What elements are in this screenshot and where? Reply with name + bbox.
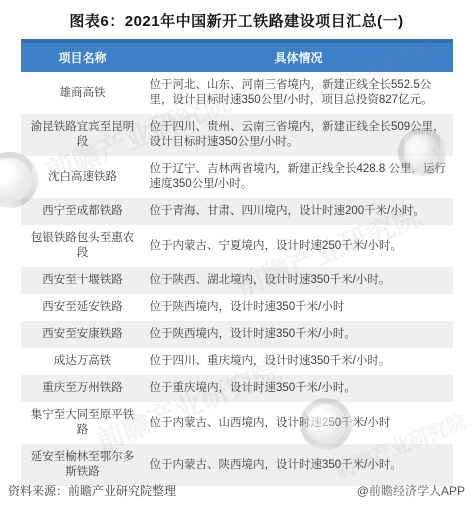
table-row: 西安至安康铁路 位于陕西境内，设计时速350千米/小时。: [21, 321, 453, 348]
project-name-cell: 延安至榆林至鄂尔多斯铁路: [21, 444, 145, 486]
column-header-details: 具体情况: [145, 41, 453, 72]
table-body: 雄商高铁 位于河北、山东、河南三省境内，新建正线全长552.5公里，设计目标时速…: [21, 72, 453, 486]
credit-note: @前瞻经济学人APP: [357, 482, 465, 499]
table-row: 渝昆铁路宜宾至昆明段 位于四川、贵州、云南三省境内，新建正线全长509公里，设计…: [21, 114, 453, 156]
table-row: 西安至十堰铁路 位于陕西、湖北境内，设计时速350千米/小时。: [21, 267, 453, 294]
table-row: 延安至榆林至鄂尔多斯铁路 位于内蒙古、陕西境内，设计时速350千米/小时。: [21, 444, 453, 486]
railway-projects-table: 项目名称 具体情况 雄商高铁 位于河北、山东、河南三省境内，新建正线全长552.…: [21, 39, 453, 486]
figure-footer: 资料来源：前瞻产业研究院整理 @前瞻经济学人APP: [8, 482, 465, 499]
project-name-cell: 成达万高铁: [21, 348, 145, 375]
project-detail-cell: 位于青海、甘肃、四川境内，设计时速200千米/小时。: [145, 198, 453, 225]
table-header: 项目名称 具体情况: [21, 41, 453, 72]
table-row: 沈白高速铁路 位于辽宁、吉林两省境内，新建正线全长428.8 公里，运行速度35…: [21, 156, 453, 198]
project-detail-cell: 位于辽宁、吉林两省境内，新建正线全长428.8 公里，运行速度350公里/小时。: [145, 156, 453, 198]
column-header-project-name: 项目名称: [21, 41, 145, 72]
project-name-cell: 西安至延安铁路: [21, 294, 145, 321]
project-name-cell: 西安至安康铁路: [21, 321, 145, 348]
project-detail-cell: 位于重庆境内，设计时速350千米/小时。: [145, 375, 453, 402]
project-name-cell: 雄商高铁: [21, 72, 145, 114]
project-detail-cell: 位于四川、重庆境内，设计时速350千米/小时。: [145, 348, 453, 375]
project-name-cell: 渝昆铁路宜宾至昆明段: [21, 114, 145, 156]
project-name-cell: 沈白高速铁路: [21, 156, 145, 198]
table-row: 雄商高铁 位于河北、山东、河南三省境内，新建正线全长552.5公里，设计目标时速…: [21, 72, 453, 114]
project-detail-cell: 位于内蒙古、宁夏境内，设计时速250千米/小时。: [145, 225, 453, 267]
project-detail-cell: 位于内蒙古、山西境内，设计时速250千米/小时: [145, 402, 453, 444]
table-row: 重庆至万州铁路 位于重庆境内，设计时速350千米/小时。: [21, 375, 453, 402]
table-row: 西安至延安铁路 位于陕西境内，设计时速350千米/小时: [21, 294, 453, 321]
project-detail-cell: 位于陕西境内，设计时速350千米/小时: [145, 294, 453, 321]
project-name-cell: 西宁至成都铁路: [21, 198, 145, 225]
project-detail-cell: 位于陕西境内，设计时速350千米/小时。: [145, 321, 453, 348]
project-detail-cell: 位于四川、贵州、云南三省境内，新建正线全长509公里，设计目标时速350公里/小…: [145, 114, 453, 156]
table-row: 包银铁路包头至惠农段 位于内蒙古、宁夏境内，设计时速250千米/小时。: [21, 225, 453, 267]
page-title: 图表6：2021年中国新开工铁路建设项目汇总(一): [0, 0, 473, 31]
table-row: 成达万高铁 位于四川、重庆境内，设计时速350千米/小时。: [21, 348, 453, 375]
project-name-cell: 西安至十堰铁路: [21, 267, 145, 294]
figure-page: 图表6：2021年中国新开工铁路建设项目汇总(一) 项目名称 具体情况 雄商高铁…: [0, 0, 473, 511]
project-name-cell: 包银铁路包头至惠农段: [21, 225, 145, 267]
project-name-cell: 集宁至大同至原平铁路: [21, 402, 145, 444]
table-row: 西宁至成都铁路 位于青海、甘肃、四川境内，设计时速200千米/小时。: [21, 198, 453, 225]
source-note: 资料来源：前瞻产业研究院整理: [8, 482, 176, 499]
project-detail-cell: 位于内蒙古、陕西境内，设计时速350千米/小时。: [145, 444, 453, 486]
table-row: 集宁至大同至原平铁路 位于内蒙古、山西境内，设计时速250千米/小时: [21, 402, 453, 444]
project-detail-cell: 位于河北、山东、河南三省境内，新建正线全长552.5公里，设计目标时速350公里…: [145, 72, 453, 114]
project-detail-cell: 位于陕西、湖北境内，设计时速350千米/小时。: [145, 267, 453, 294]
header-row: 项目名称 具体情况: [21, 41, 453, 72]
project-name-cell: 重庆至万州铁路: [21, 375, 145, 402]
